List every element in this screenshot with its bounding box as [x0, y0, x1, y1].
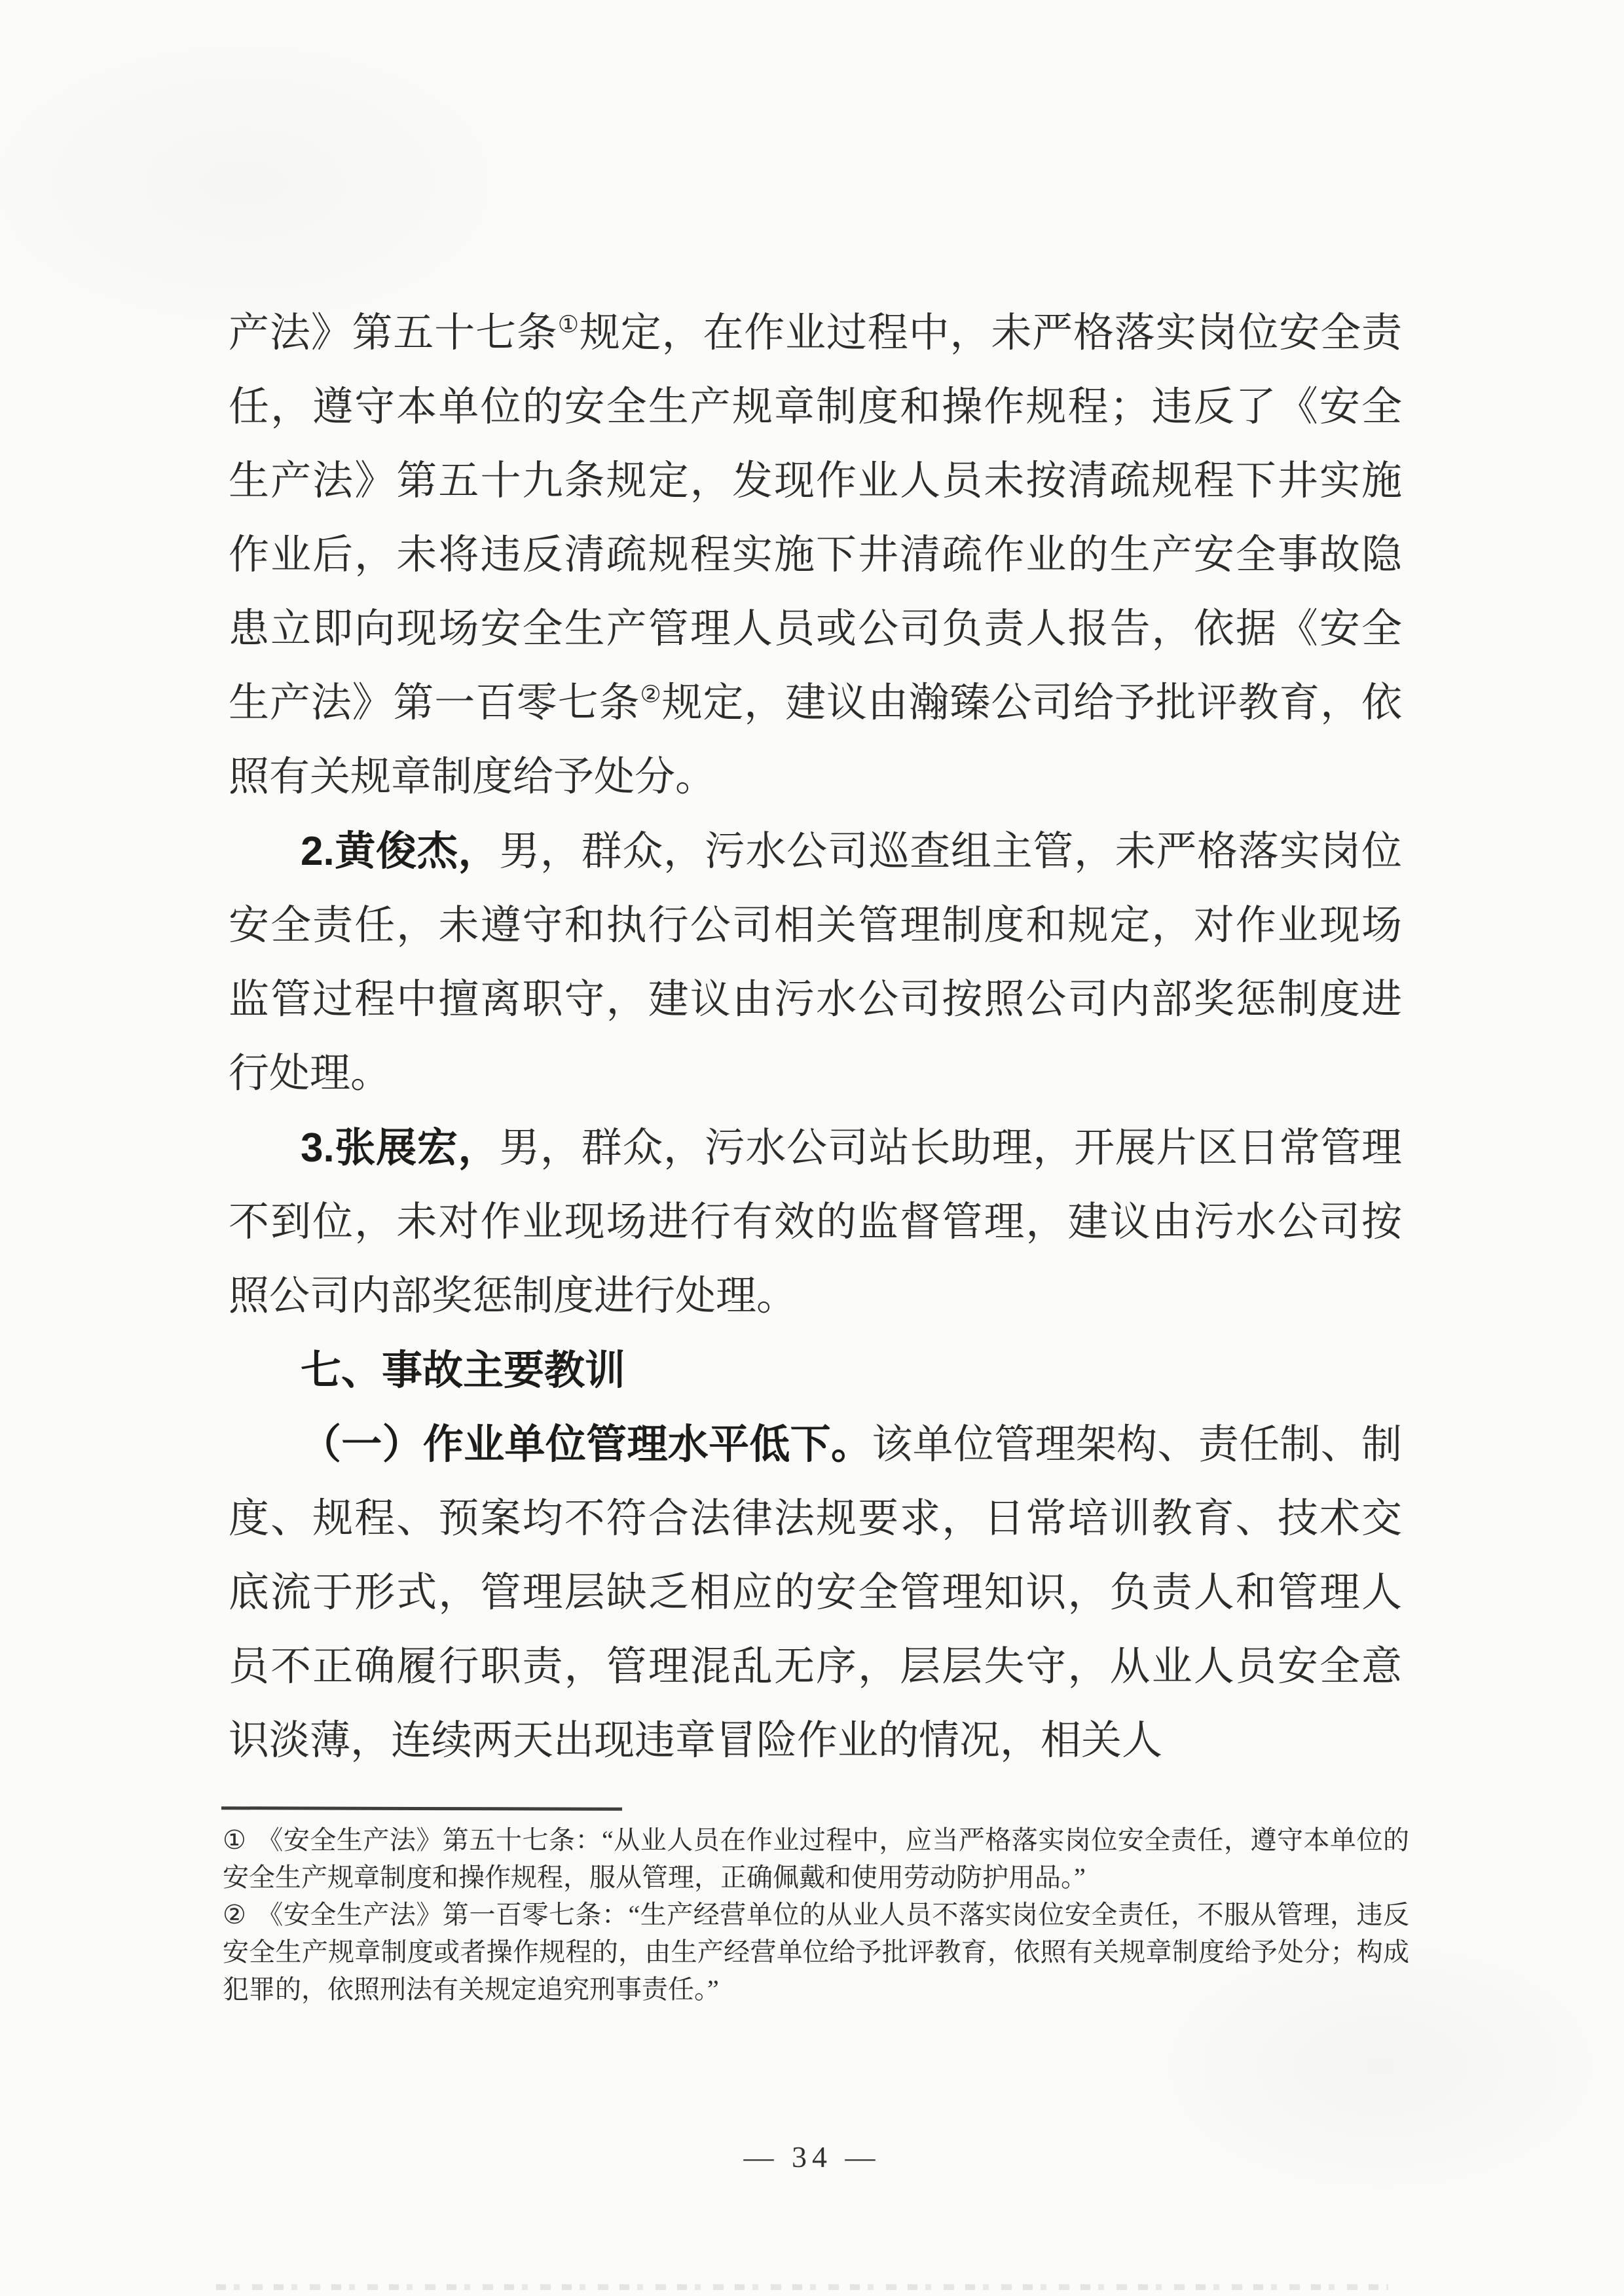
page-number: — 34 — — [0, 2140, 1624, 2174]
next-page-bleed-artifact — [216, 2284, 1388, 2290]
footnote-ref-2-superscript: ② — [640, 681, 661, 707]
footnote-2: ②《安全生产法》第一百零七条：“生产经营单位的从业人员不落实岗位安全责任，不服从… — [223, 1896, 1409, 2008]
paragraph-sanction-person-3: 3.张展宏，男，群众，污水公司站长助理，开展片区日常管理不到位，未对作业现场进行… — [229, 1111, 1402, 1334]
paragraph-text: 该单位管理架构、责任制、制度、规程、预案均不符合法律法规要求，日常培训教育、技术… — [229, 1423, 1402, 1763]
paragraph-lesson-1: （一）作业单位管理水平低下。该单位管理架构、责任制、制度、规程、预案均不符合法律… — [229, 1408, 1402, 1778]
person-3-name-lead: 3.张展宏， — [301, 1125, 499, 1171]
footnote-2-marker: ② — [223, 1900, 246, 1929]
footnotes-block: ①《安全生产法》第五十七条：“从业人员在作业过程中，应当严格落实岗位安全责任，遵… — [223, 1821, 1409, 2008]
footnote-1-text: 《安全生产法》第五十七条：“从业人员在作业过程中，应当严格落实岗位安全责任，遵守… — [223, 1825, 1409, 1892]
footnote-divider-rule — [221, 1806, 622, 1811]
scanned-document-page: 产法》第五十七条①规定，在作业过程中，未严格落实岗位安全责任，遵守本单位的安全生… — [0, 0, 1624, 2296]
paragraph-sanction-person-1-continuation: 产法》第五十七条①规定，在作业过程中，未严格落实岗位安全责任，遵守本单位的安全生… — [229, 297, 1402, 814]
lesson-1-lead: （一）作业单位管理水平低下。 — [301, 1422, 872, 1467]
person-2-name-lead: 2.黄俊杰， — [301, 829, 499, 874]
footnote-1: ①《安全生产法》第五十七条：“从业人员在作业过程中，应当严格落实岗位安全责任，遵… — [223, 1821, 1409, 1896]
footnote-ref-1-superscript: ① — [558, 311, 580, 337]
paragraph-sanction-person-2: 2.黄俊杰，男，群众，污水公司巡查组主管，未严格落实岗位安全责任，未遵守和执行公… — [229, 814, 1402, 1111]
section-heading-lessons: 七、事故主要教训 — [229, 1334, 1402, 1408]
footnote-1-marker: ① — [223, 1825, 246, 1855]
document-body: 产法》第五十七条①规定，在作业过程中，未严格落实岗位安全责任，遵守本单位的安全生… — [229, 297, 1402, 1778]
footnote-2-text: 《安全生产法》第一百零七条：“生产经营单位的从业人员不落实岗位安全责任，不服从管… — [223, 1900, 1409, 2004]
paragraph-text: 规定，在作业过程中，未严格落实岗位安全责任，遵守本单位的安全生产规章制度和操作规… — [229, 311, 1402, 725]
paragraph-text: 产法》第五十七条 — [229, 311, 558, 355]
